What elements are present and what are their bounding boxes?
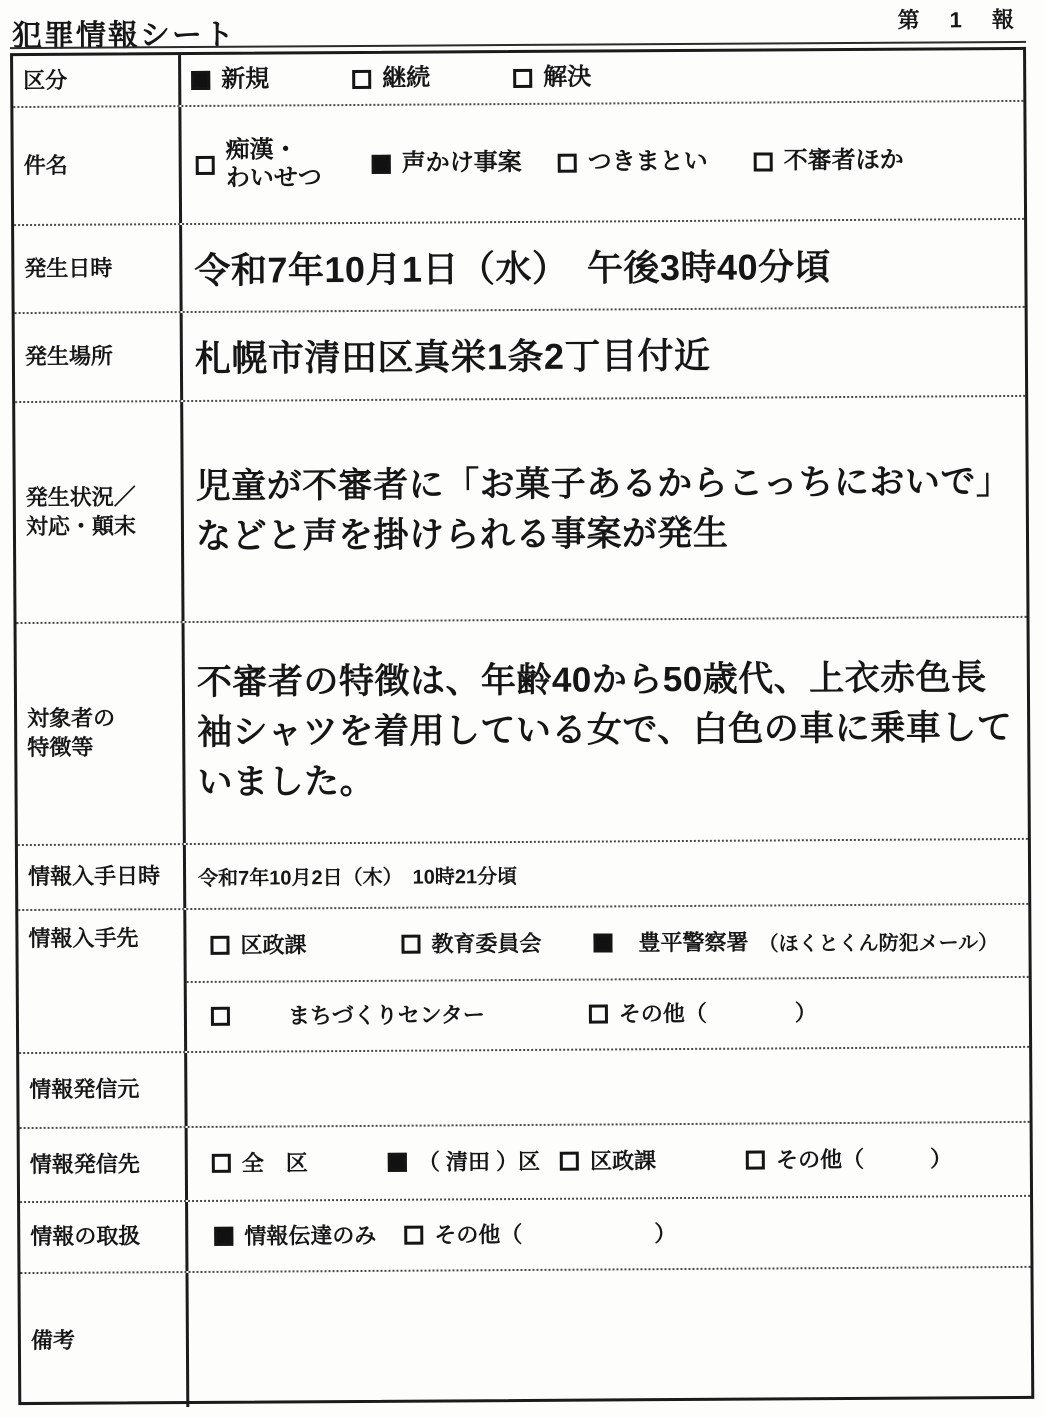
info-destination-label: 情報発信先 — [20, 1128, 188, 1201]
checkbox-transmission-only-icon — [214, 1227, 233, 1246]
option-stalking-label: つきまとい — [588, 148, 708, 176]
option-ward-admin-section-label: 区政課 — [240, 932, 306, 958]
option-handling-other-label: その他（ ） — [434, 1221, 676, 1248]
option-suspicious-person-label: 不審者ほか — [784, 147, 904, 175]
option-dest-ward-admin-section-label: 区政課 — [590, 1149, 656, 1175]
info-received-datetime-label: 情報入手日時 — [18, 845, 186, 909]
option-molester-label: 痴漢・ わいせつ — [226, 137, 322, 193]
row-occurrence-datetime: 発生日時 令和7年10月1日（水） 午後3時40分頃 — [14, 220, 1025, 314]
category-label: 区分 — [13, 55, 181, 106]
option-molester: 痴漢・ わいせつ — [196, 137, 322, 193]
row-info-destination: 情報発信先 全 区 （ 清田 ）区 区政課 その他（ ） — [20, 1123, 1030, 1203]
occurrence-place-value: 札幌市清田区真栄1条2丁目付近 — [195, 328, 711, 382]
checkbox-toyohira-police-icon — [593, 933, 612, 952]
option-dest-other: その他（ ） — [746, 1147, 952, 1174]
option-continuing-label: 継続 — [382, 65, 430, 93]
option-board-of-education-label: 教育委員会 — [431, 930, 541, 956]
option-all-wards-label: 全 区 — [242, 1151, 308, 1177]
checkbox-dest-ward-admin-section-icon — [560, 1152, 579, 1171]
info-source-options-line1: 区政課 教育委員会 豊平警察署 （ほくとくん防犯メール） — [186, 905, 1028, 981]
option-solved: 解決 — [513, 64, 591, 92]
checkbox-new-icon — [191, 70, 210, 89]
info-destination-options: 全 区 （ 清田 ）区 区政課 その他（ ） — [188, 1123, 1030, 1200]
remarks-label: 備考 — [20, 1273, 189, 1408]
info-handling-options: 情報伝達のみ その他（ ） — [188, 1197, 1030, 1271]
info-received-datetime-value: 令和7年10月2日（木） 10時21分頃 — [198, 860, 517, 891]
option-kiyota-ward: （ 清田 ）区 — [388, 1149, 540, 1175]
situation-value-cell: 児童が不審者に「お菓子あるからこっちにおいで」などと声を掛けられる事案が発生 — [183, 397, 1026, 621]
checkbox-solved-icon — [513, 68, 532, 87]
row-info-handling: 情報の取扱 情報伝達のみ その他（ ） — [20, 1197, 1030, 1274]
checkbox-machizukuri-center-icon — [211, 1007, 230, 1026]
report-number: 第 1 報 — [898, 3, 1018, 35]
option-source-other-label: その他（ ） — [619, 1000, 817, 1027]
category-options: 新規 継続 解決 — [181, 50, 1023, 105]
option-new: 新規 — [191, 66, 269, 94]
info-source-options: 区政課 教育委員会 豊平警察署 （ほくとくん防犯メール） — [186, 905, 1029, 1051]
suspect-features-value: 不審者の特徴は、年齢40から50歳代、上衣赤色長袖シャツを着用している女で、白色… — [197, 653, 1014, 807]
scanned-crime-info-sheet: 犯罪情報シート 第 1 報 区分 新規 継続 解決 — [0, 0, 1044, 1418]
checkbox-all-wards-icon — [212, 1154, 231, 1173]
info-received-datetime-value-cell: 令和7年10月2日（木） 10時21分頃 — [186, 840, 1028, 908]
option-transmission-only-label: 情報伝達のみ — [244, 1223, 376, 1249]
option-dest-ward-admin-section: 区政課 — [560, 1149, 656, 1175]
checkbox-voice-approach-icon — [372, 154, 391, 173]
subject-label: 件名 — [13, 107, 182, 224]
row-situation: 発生状況／ 対応・顛末 児童が不審者に「お菓子あるからこっちにおいで」などと声を… — [15, 397, 1026, 624]
option-machizukuri-center-label: まちづくりセンター — [288, 1002, 485, 1028]
option-machizukuri-center: まちづくりセンター — [211, 1002, 485, 1029]
occurrence-datetime-value: 令和7年10月1日（水） 午後3時40分頃 — [194, 239, 831, 294]
option-transmission-only: 情報伝達のみ — [214, 1223, 376, 1249]
option-board-of-education: 教育委員会 — [401, 930, 541, 956]
checkbox-ward-admin-section-icon — [210, 936, 229, 955]
row-category: 区分 新規 継続 解決 — [13, 50, 1023, 108]
option-source-other: その他（ ） — [589, 1000, 817, 1027]
option-toyohira-police: 豊平警察署 （ほくとくん防犯メール） — [593, 926, 998, 957]
checkbox-board-of-education-icon — [401, 934, 420, 953]
subject-options: 痴漢・ わいせつ 声かけ事案 つきまとい 不審者ほか — [181, 102, 1024, 223]
option-toyohira-police-label: 豊平警察署 — [638, 929, 748, 955]
option-toyohira-police-suffix: （ほくとくん防犯メール） — [758, 926, 998, 956]
info-sender-value-cell — [187, 1048, 1029, 1126]
info-handling-label: 情報の取扱 — [20, 1202, 188, 1272]
remarks-value-cell — [188, 1268, 1031, 1407]
checkbox-molester-icon — [196, 155, 215, 174]
occurrence-datetime-value-cell: 令和7年10月1日（水） 午後3時40分頃 — [182, 220, 1025, 311]
info-source-options-line2: まちづくりセンター その他（ ） — [187, 975, 1029, 1051]
row-subject: 件名 痴漢・ わいせつ 声かけ事案 つきまとい — [13, 102, 1024, 226]
option-kiyota-ward-label: （ 清田 ）区 — [418, 1149, 540, 1175]
checkbox-kiyota-ward-icon — [388, 1153, 407, 1172]
option-solved-label: 解決 — [543, 64, 591, 92]
situation-value: 児童が不審者に「お菓子あるからこっちにおいで」などと声を掛けられる事案が発生 — [196, 457, 1013, 561]
situation-label: 発生状況／ 対応・顛末 — [15, 402, 184, 622]
option-all-wards: 全 区 — [212, 1151, 308, 1177]
row-info-sender: 情報発信元 — [19, 1048, 1029, 1129]
checkbox-dest-other-icon — [746, 1151, 765, 1170]
occurrence-place-label: 発生場所 — [15, 313, 184, 401]
checkbox-source-other-icon — [589, 1005, 608, 1024]
option-handling-other: その他（ ） — [404, 1221, 676, 1248]
option-ward-admin-section: 区政課 — [210, 932, 306, 958]
row-info-received-datetime: 情報入手日時 令和7年10月2日（木） 10時21分頃 — [18, 840, 1028, 911]
checkbox-stalking-icon — [558, 153, 577, 172]
checkbox-suspicious-person-icon — [754, 152, 773, 171]
suspect-features-label: 対象者の 特徴等 — [17, 623, 186, 844]
row-remarks: 備考 — [20, 1268, 1031, 1408]
row-info-source: 情報入手先 区政課 教育委員会 豊平警察署 （ほくとくん防犯メール） — [18, 905, 1029, 1054]
form-table: 区分 新規 継続 解決 件名 — [10, 47, 1034, 1405]
occurrence-place-value-cell: 札幌市清田区真栄1条2丁目付近 — [183, 308, 1026, 400]
info-source-label: 情報入手先 — [18, 910, 187, 1052]
option-voice-approach-label: 声かけ事案 — [402, 149, 522, 177]
option-suspicious-person: 不審者ほか — [754, 147, 904, 176]
row-occurrence-place: 発生場所 札幌市清田区真栄1条2丁目付近 — [15, 308, 1026, 403]
checkbox-continuing-icon — [352, 69, 371, 88]
checkbox-handling-other-icon — [404, 1226, 423, 1245]
option-voice-approach: 声かけ事案 — [372, 149, 522, 178]
suspect-features-value-cell: 不審者の特徴は、年齢40から50歳代、上衣赤色長袖シャツを着用している女で、白色… — [185, 618, 1028, 843]
option-continuing: 継続 — [352, 65, 430, 93]
option-stalking: つきまとい — [558, 148, 708, 177]
info-sender-label: 情報発信元 — [19, 1053, 187, 1127]
option-new-label: 新規 — [221, 66, 269, 94]
occurrence-datetime-label: 発生日時 — [14, 225, 183, 312]
row-suspect-features: 対象者の 特徴等 不審者の特徴は、年齢40から50歳代、上衣赤色長袖シャツを着用… — [17, 618, 1028, 846]
option-dest-other-label: その他（ ） — [776, 1147, 952, 1173]
